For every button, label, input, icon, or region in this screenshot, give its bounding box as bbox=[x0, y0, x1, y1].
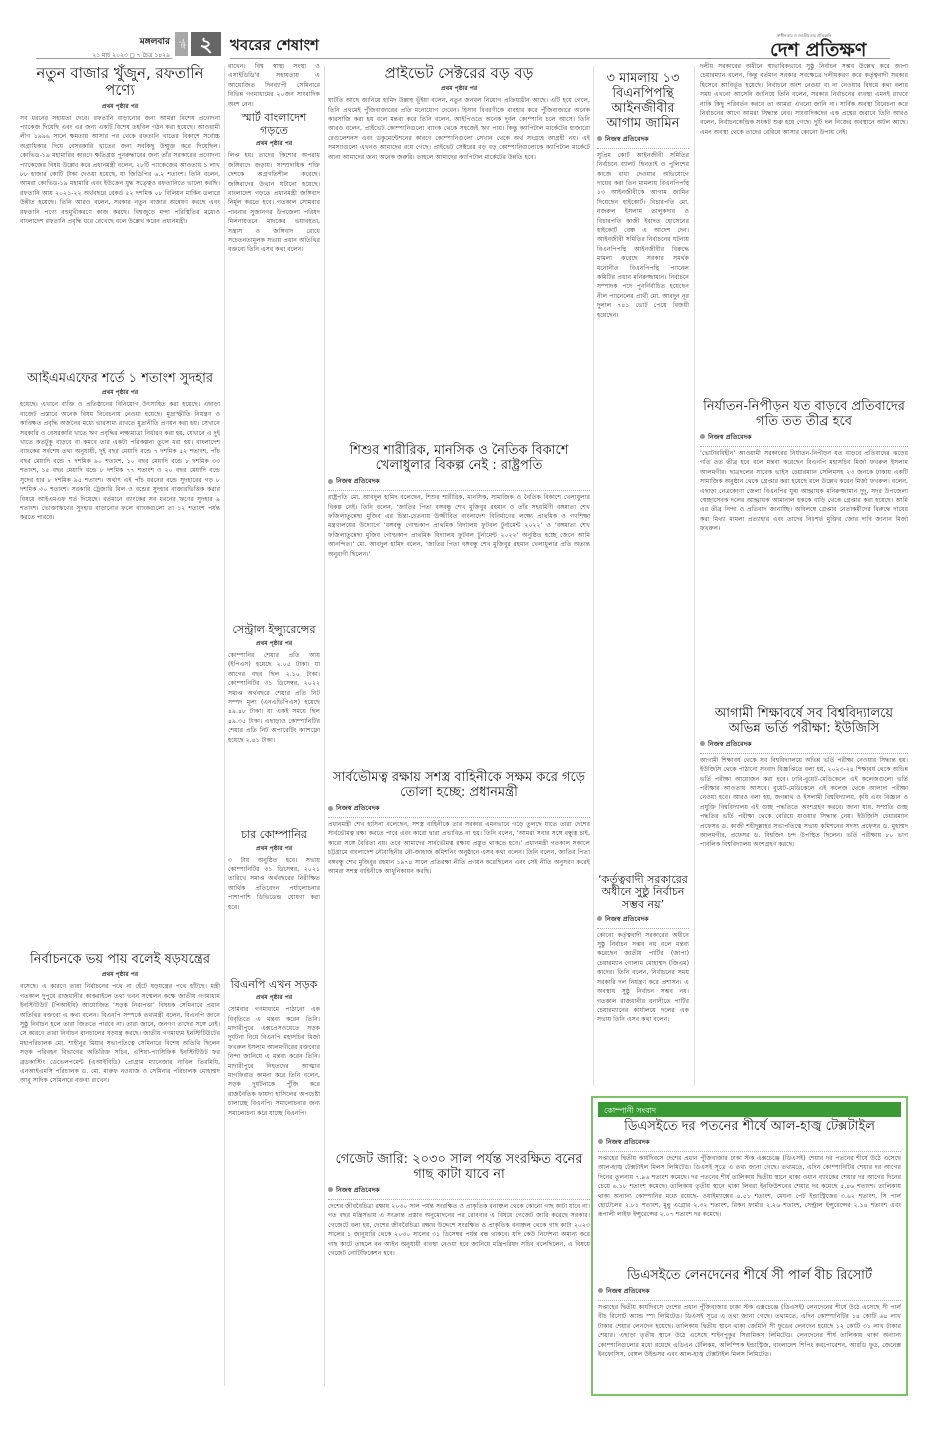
column-second: রাখেন। বিশ্ব স্বাস্থ্য সংস্থা ও এসাইডিডি… bbox=[228, 62, 320, 1392]
article-body: ৩ টায় অনুষ্ঠিত হবে। সভায় কোম্পানিটির ৩… bbox=[228, 856, 320, 976]
article-headline[interactable]: নতুন বাজার খুঁজুন, রফতানি পণ্যে bbox=[20, 65, 220, 100]
article-body: রাষ্ট্রপতি মো. আবদুল হামিদ বলেছেন, শিশুর… bbox=[328, 493, 590, 768]
article-headline[interactable]: আইএমএফের শর্তে ১ শতাংশ সুদহার bbox=[20, 372, 220, 387]
bullet-icon bbox=[700, 434, 705, 439]
column-left: নতুন বাজার খুঁজুন, রফতানি পণ্যে প্রথম পৃ… bbox=[20, 62, 220, 1392]
continued-label: প্রথম পৃষ্ঠার পর bbox=[20, 387, 220, 398]
bullet-icon bbox=[597, 136, 602, 141]
issue-day: মঙ্গলবার bbox=[70, 34, 170, 49]
article-headline[interactable]: সেন্ট্রাল ইন্স্যুরেন্সের bbox=[228, 624, 320, 637]
page-label: পৃষ্ঠা bbox=[175, 32, 188, 56]
continued-label: প্রথম পৃষ্ঠার পর bbox=[20, 969, 220, 980]
article-headline[interactable]: ডিএসইতে লেনদেনের শীর্ষে সী পার্ল বীচ রিস… bbox=[598, 1269, 901, 1284]
byline: নিজস্ব প্রতিবেদক bbox=[328, 803, 590, 818]
byline: নিজস্ব প্রতিবেদক bbox=[598, 1286, 901, 1301]
article-body: সব ধরনের সহায়তা দেবে। রফতানি বাড়ানোর জ… bbox=[20, 114, 220, 369]
article-body: সপ্তাহের দ্বিতীয় কার্যদিবসে দেশের প্রধা… bbox=[598, 1303, 901, 1359]
byline: নিজস্ব প্রতিবেদক bbox=[597, 914, 689, 929]
article-body: সপ্তাহের দ্বিতীয় কার্যদিবসে দেশের প্রধা… bbox=[598, 1154, 901, 1266]
column-divider bbox=[694, 66, 695, 1086]
bullet-icon bbox=[328, 1187, 333, 1192]
continued-label: প্রথম পৃষ্ঠার পর bbox=[228, 138, 320, 149]
article-headline[interactable]: প্রাইভেট সেক্টরের বড় বড় bbox=[328, 65, 590, 82]
company-news-bar: কোম্পানী সংবাদ bbox=[598, 1102, 901, 1117]
bullet-icon bbox=[597, 916, 602, 921]
article-body: ‘ভোটারবিহীন’ আওয়ামী সরকারের নির্যাতন-নি… bbox=[700, 449, 908, 704]
bullet-icon bbox=[598, 1139, 603, 1144]
column-center: প্রাইভেট সেক্টরের বড় বড় প্রথম পৃষ্ঠার … bbox=[328, 62, 590, 1392]
bullet-icon bbox=[700, 741, 705, 746]
byline: নিজস্ব প্রতিবেদক bbox=[328, 1185, 590, 1200]
page-number: ২ bbox=[191, 32, 221, 56]
divider bbox=[36, 58, 172, 59]
byline: নিজস্ব প্রতিবেদক bbox=[700, 432, 908, 447]
byline: নিজস্ব প্রতিবেদক bbox=[700, 739, 908, 754]
column-divider bbox=[593, 66, 594, 1086]
article-body: সুপ্রিম কোর্ট আইনজীবী সমিতির নির্বাচনে ব… bbox=[597, 151, 689, 871]
article-body-continued: রাখেন। বিশ্ব স্বাস্থ্য সংস্থা ও এসাইডিডি… bbox=[228, 62, 320, 109]
column-divider bbox=[324, 66, 325, 1386]
article-headline[interactable]: স্মার্ট বাংলাদেশ গড়তে bbox=[228, 112, 320, 137]
article-body: হয়েছে। এখানে ব্যক্তি ও প্রতিষ্ঠানের বিন… bbox=[20, 400, 220, 950]
continued-label: প্রথম পৃষ্ঠার পর bbox=[228, 843, 320, 854]
bullet-icon bbox=[598, 1288, 603, 1293]
article-election-conspiracy: নির্বাচনকে ভয় পায় বলেই ষড়যন্ত্রের প্র… bbox=[20, 953, 220, 1085]
article-headline[interactable]: ৩ মামলায় ১৩ বিএনপিপন্থি আইনজীবীর আগাম জ… bbox=[597, 72, 689, 132]
section-title: খবরের শেষাংশ bbox=[230, 34, 319, 59]
byline: নিজস্ব প্রতিবেদক bbox=[597, 134, 689, 149]
article-body-continued: দলীয় সরকারের অধীনে স্বাভাবিকভাবে সুষ্ঠু… bbox=[700, 62, 908, 397]
article-headline[interactable]: ডিএসইতে দর পতনের শীর্ষে আল-হাজ্ব টেক্সটা… bbox=[598, 1120, 901, 1135]
column-divider bbox=[224, 66, 225, 1386]
article-headline[interactable]: নির্যাতন-নিপীড়ন যত বাড়বে প্রতিবাদের গত… bbox=[700, 400, 908, 430]
issue-date: ২১ মার্চ ২০২৩ ◻ ৭ চৈত্র ১৪২৯ bbox=[70, 50, 170, 61]
article-imf-interest: আইএমএফের শর্তে ১ শতাংশ সুদহার প্রথম পৃষ্… bbox=[20, 372, 220, 951]
article-body: প্রধানমন্ত্রী শেখ হাসিনা বলেছেন, সশস্ত্র… bbox=[328, 820, 590, 1150]
continued-label: প্রথম পৃষ্ঠার পর bbox=[20, 101, 220, 112]
bullet-icon bbox=[328, 479, 333, 484]
continued-label: প্রথম পৃষ্ঠার পর bbox=[228, 992, 320, 1003]
column-fourth: ৩ মামলায় ১৩ বিএনপিপন্থি আইনজীবীর আগাম জ… bbox=[597, 62, 689, 1092]
continued-label: প্রথম পৃষ্ঠার পর bbox=[328, 83, 590, 94]
article-body: লিপ্ত হয়। তাদের কিশোর অপরাধ জঙ্গিবাদে জ… bbox=[228, 151, 320, 621]
article-body: আগামী শিক্ষাবর্ষ থেকে সব বিশ্ববিদ্যালয়ে… bbox=[700, 756, 908, 850]
bullet-icon bbox=[328, 806, 333, 811]
article-headline[interactable]: নির্বাচনকে ভয় পায় বলেই ষড়যন্ত্রের bbox=[20, 953, 220, 968]
date-block: মঙ্গলবার ২১ মার্চ ২০২৩ ◻ ৭ চৈত্র ১৪২৯ bbox=[70, 34, 170, 61]
article-headline[interactable]: বিএনপি এখন সড়ক bbox=[228, 979, 320, 992]
article-headline[interactable]: চার কোম্পানির bbox=[228, 829, 320, 842]
article-new-market: নতুন বাজার খুঁজুন, রফতানি পণ্যে প্রথম পৃ… bbox=[20, 65, 220, 369]
article-body: কোনো কর্তৃত্ববাদী সরকারের অধীনে সুষ্ঠু ন… bbox=[597, 931, 689, 1025]
article-headline[interactable]: গেজেট জারি: ২০৩০ সাল পর্যন্ত সংরক্ষিত বন… bbox=[328, 1153, 590, 1183]
continued-label: প্রথম পৃষ্ঠার পর bbox=[228, 638, 320, 649]
byline: নিজস্ব প্রতিবেদক bbox=[598, 1137, 901, 1152]
article-headline[interactable]: আগামী শিক্ষাবর্ষে সব বিশ্ববিদ্যালয়ে অভি… bbox=[700, 707, 908, 737]
article-body: বসেছে। এ কারণে তারা নির্বাচনের পথে না হে… bbox=[20, 982, 220, 1085]
byline: নিজস্ব প্রতিবেদক bbox=[328, 476, 590, 491]
company-news-box: কোম্পানী সংবাদ ডিএসইতে দর পতনের শীর্ষে আ… bbox=[591, 1096, 908, 1396]
column-right: দলীয় সরকারের অধীনে স্বাভাবিকভাবে সুষ্ঠু… bbox=[700, 62, 908, 1092]
article-body: কোম্পানির শেয়ার প্রতি আয় (ইপিএস) হয়েছ… bbox=[228, 651, 320, 826]
article-headline[interactable]: সার্বভৌমত্ব রক্ষায় সশস্ত্র বাহিনীকে সক্… bbox=[328, 771, 590, 801]
article-headline[interactable]: ‘কর্তৃত্ববাদী সরকারের অধীনে সুষ্ঠু নির্ব… bbox=[597, 874, 689, 912]
article-headline[interactable]: শিশুর শারীরিক, মানসিক ও নৈতিক বিকাশে খেল… bbox=[328, 444, 590, 474]
masthead: মঙ্গলবার ২১ মার্চ ২০২৩ ◻ ৭ চৈত্র ১৪২৯ পৃ… bbox=[0, 0, 945, 60]
article-body: দেশের জীববৈচিত্র্য রক্ষায় ২০৩০ সাল পর্য… bbox=[328, 1202, 590, 1258]
article-body: ঘাটতি আছে জানিয়ে হামিদ উল্লাহ ভূঁইয়া ব… bbox=[328, 96, 590, 441]
article-body: সোমবার গণমাধ্যমে পাঠানো এক বিবৃতিতে এ মন… bbox=[228, 1005, 320, 1118]
